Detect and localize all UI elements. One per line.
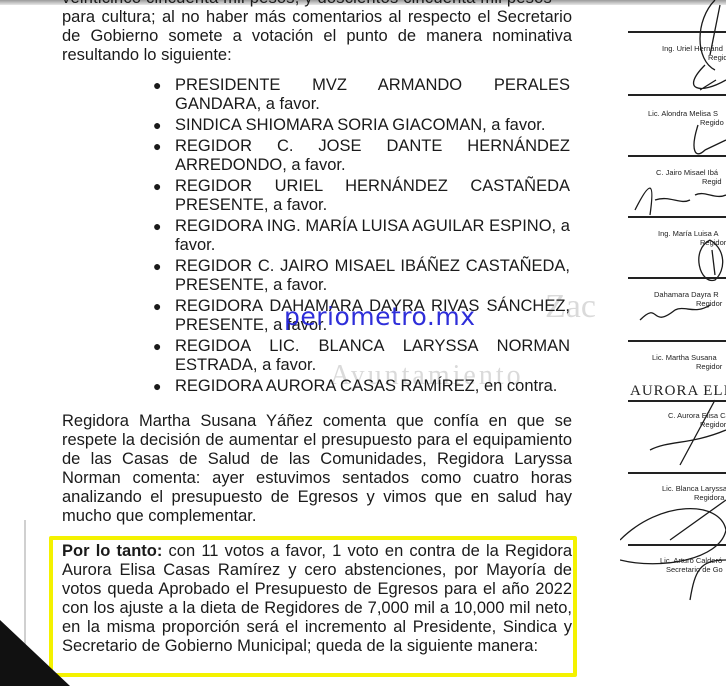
handwritten-name: AURORA ELIS bbox=[630, 383, 726, 400]
signatory-role: Regidora bbox=[694, 493, 724, 502]
vote-item: ●PRESIDENTE MVZ ARMANDO PERALES GANDARA,… bbox=[150, 76, 570, 114]
cut-off-text-line: veinticinco cincuenta mil pesos, y dosci… bbox=[62, 0, 572, 8]
vote-item: ●REGIDORA AURORA CASAS RAMÍREZ, en contr… bbox=[150, 377, 570, 396]
signatory-role: Secretario de Go bbox=[666, 565, 723, 574]
bullet-icon: ● bbox=[153, 337, 161, 356]
signatory-role: Regid bbox=[702, 177, 722, 186]
bullet-icon: ● bbox=[153, 137, 161, 156]
signatory-role: Regidor bbox=[700, 238, 726, 247]
signature-line bbox=[628, 340, 726, 342]
signature-line bbox=[628, 277, 726, 279]
signatory-name: Lic. Arturo Calderó bbox=[660, 556, 722, 565]
bullet-icon: ● bbox=[153, 116, 161, 135]
conclusion-paragraph: Por lo tanto: con 11 votos a favor, 1 vo… bbox=[62, 542, 572, 656]
signature-line bbox=[628, 31, 726, 33]
signatory-name: Lic. Blanca Laryssa No bbox=[662, 484, 726, 493]
vote-item: ●SINDICA SHIOMARA SORIA GIACOMAN, a favo… bbox=[150, 116, 570, 135]
signatory-role: Regidor bbox=[696, 362, 722, 371]
conclusion-lead: Por lo tanto: bbox=[62, 542, 162, 560]
vote-list: ●PRESIDENTE MVZ ARMANDO PERALES GANDARA,… bbox=[150, 76, 570, 398]
signatory-role: Regidor bbox=[700, 420, 726, 429]
signature-scribbles-icon bbox=[620, 0, 726, 686]
bullet-icon: ● bbox=[153, 297, 161, 316]
signature-line bbox=[628, 155, 726, 157]
bullet-icon: ● bbox=[153, 217, 161, 236]
vote-item: ●REGIDOR C. JAIRO MISAEL IBÁÑEZ CASTAÑED… bbox=[150, 257, 570, 295]
scan-shadow-corner bbox=[0, 620, 70, 686]
signatory-role: Regid bbox=[708, 53, 726, 62]
signatory-name: Lic. Alondra Melisa S bbox=[648, 109, 718, 118]
signature-column: Ing. Uriel Hernánd Regid Lic. Alondra Me… bbox=[620, 0, 726, 686]
vote-item: ●REGIDORA ING. MARÍA LUISA AGUILAR ESPIN… bbox=[150, 217, 570, 255]
vote-item: ●REGIDOR URIEL HERNÁNDEZ CASTAÑEDA PRESE… bbox=[150, 177, 570, 215]
signatory-role: Regidor bbox=[696, 299, 722, 308]
signature-line bbox=[628, 472, 726, 474]
signatory-name: Lic. Martha Susana bbox=[652, 353, 717, 362]
signatory-name: Dahamara Dayra R bbox=[654, 290, 719, 299]
bullet-icon: ● bbox=[153, 257, 161, 276]
watermark: periometro.mx bbox=[284, 302, 476, 331]
bullet-icon: ● bbox=[153, 377, 161, 396]
comment-paragraph: Regidora Martha Susana Yáñez comenta que… bbox=[62, 412, 572, 526]
bullet-icon: ● bbox=[153, 76, 161, 95]
vote-item: ●REGIDOA LIC. BLANCA LARYSSA NORMAN ESTR… bbox=[150, 337, 570, 375]
signatory-role: Regido bbox=[700, 118, 724, 127]
signatory-name: C. Aurora Elisa Cas bbox=[668, 411, 726, 420]
signatory-name: C. Jairo Misael Ibá bbox=[656, 168, 718, 177]
intro-paragraph: para cultura; al no haber más comentario… bbox=[62, 8, 572, 65]
vote-item: ●REGIDOR C. JOSE DANTE HERNÁNDEZ ARREDON… bbox=[150, 137, 570, 175]
signatory-name: Ing. María Luisa A bbox=[658, 229, 718, 238]
signature-line bbox=[628, 216, 726, 218]
signatory-name: Ing. Uriel Hernánd bbox=[662, 44, 723, 53]
signature-line bbox=[628, 544, 726, 546]
signature-line bbox=[628, 400, 726, 402]
bullet-icon: ● bbox=[153, 177, 161, 196]
signature-line bbox=[628, 94, 726, 96]
